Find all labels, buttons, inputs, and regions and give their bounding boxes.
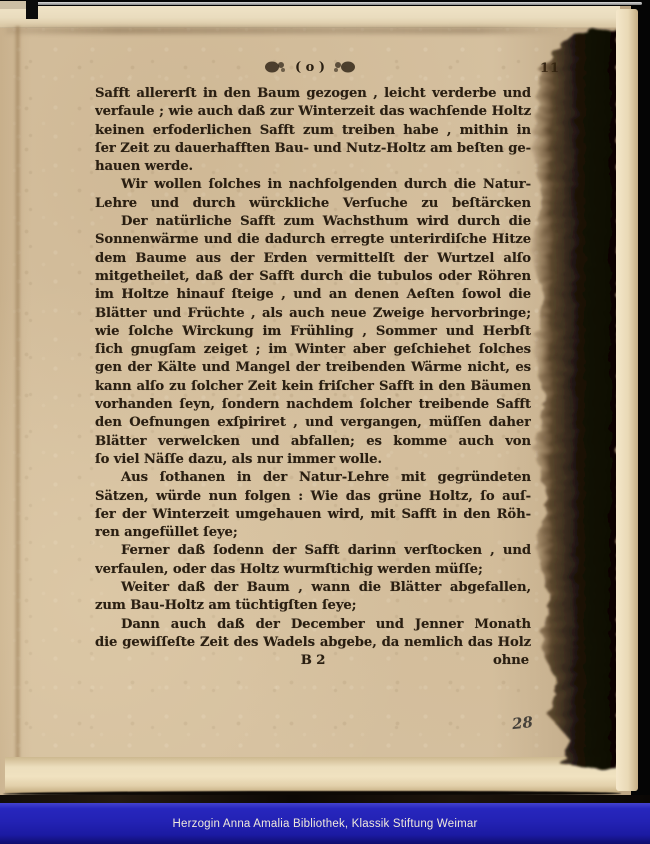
- text-line: Ferner daß ſodenn der Safft darinn verſt…: [95, 542, 531, 560]
- pages-edge-right: [616, 9, 638, 791]
- text-line: verfaulen, oder das Holtz wurmſtichig we…: [95, 561, 531, 579]
- text-line: Sätzen, würde nun folgen : Wie das grüne…: [95, 488, 531, 506]
- text-line: keinen erfoderlichen Safft zum treiben h…: [95, 122, 531, 140]
- text-lines: Safft allererſt in den Baum gezogen , le…: [95, 85, 531, 652]
- text-line: Wir wollen ſolches in nachfolgenden durc…: [95, 176, 531, 194]
- text-line: ſer der Winterzeit umgehauen wird, mit S…: [95, 506, 531, 524]
- text-line: ren angefüllet ſeye;: [95, 524, 531, 542]
- text-line: kann alſo zu ſolcher Zeit kein friſcher …: [95, 378, 531, 396]
- text-line: Sonnenwärme und die dadurch erregte unte…: [95, 231, 531, 249]
- text-line: vorhanden ſeyn, ſondern nachdem ſolcher …: [95, 396, 531, 414]
- text-line: zum Bau-Holtz am tüchtigſten ſeye;: [95, 597, 531, 615]
- signature-row: B 2 ohne: [95, 652, 531, 670]
- text-block: Safft allererſt in den Baum gezogen , le…: [95, 85, 531, 671]
- caption-text: Herzogin Anna Amalia Bibliothek, Klassik…: [172, 818, 477, 830]
- page-header: ( o ): [230, 58, 390, 76]
- text-line: Dann auch daß der December und Jenner Mo…: [95, 616, 531, 634]
- text-line: dem Baume aus der Erden vermittelſt der …: [95, 250, 531, 268]
- top-highlight-line: [36, 2, 642, 5]
- text-line: verfaule ; wie auch daß zur Winterzeit d…: [95, 103, 531, 121]
- text-line: hauen werde.: [95, 158, 531, 176]
- fleuron-left-icon: [264, 60, 288, 74]
- text-line: Weiter daß der Baum , wann die Blätter a…: [95, 579, 531, 597]
- text-line: Der natürliche Safft zum Wachsthum wird …: [95, 213, 531, 231]
- text-line: ſer Zeit zu dauerhafften Bau- und Nutz-H…: [95, 140, 531, 158]
- book-scan: ( o ) 11 Safft allererſt in den Baum gez…: [0, 0, 650, 800]
- text-line: Lehre und durch würckliche Verſuche zu b…: [95, 195, 531, 213]
- text-line: gen der Kälte und Mangel der treibenden …: [95, 359, 531, 377]
- bookmark-ribbon: [26, 0, 38, 19]
- header-ornament-text: ( o ): [295, 60, 325, 75]
- top-smudge: [6, 27, 562, 34]
- text-line: ſich gnugſam zeiget ; im Winter aber geſ…: [95, 341, 531, 359]
- fleuron-right-icon: [332, 60, 356, 74]
- text-line: im Holtze hinauf ſteige , und an denen A…: [95, 286, 531, 304]
- text-line: den Oefnungen exſpiriret , und vergangen…: [95, 414, 531, 432]
- text-line: Aus ſothanen in der Natur-Lehre mit gegr…: [95, 469, 531, 487]
- text-line: wie ſolche Wirckung im Frühling , Sommer…: [95, 323, 531, 341]
- caption-bar: Herzogin Anna Amalia Bibliothek, Klassik…: [0, 803, 650, 844]
- text-line: Blätter und Früchte , als auch neue Zwei…: [95, 305, 531, 323]
- text-line: Blätter verwelcken und abfallen; es komm…: [95, 433, 531, 451]
- signature-mark: B 2: [301, 652, 326, 670]
- text-line: ſo viel Näſſe dazu, als nur immer wolle.: [95, 451, 531, 469]
- text-line: die gewiſſeſte Zeit des Wadels abgebe, d…: [95, 634, 531, 652]
- gutter-crease: [14, 26, 21, 768]
- text-line: mitgetheilet, daß der Safft durch die tu…: [95, 268, 531, 286]
- text-line: Safft allererſt in den Baum gezogen , le…: [95, 85, 531, 103]
- screenshot-stage: ( o ) 11 Safft allererſt in den Baum gez…: [0, 0, 650, 844]
- corner-paper: [0, 1, 26, 9]
